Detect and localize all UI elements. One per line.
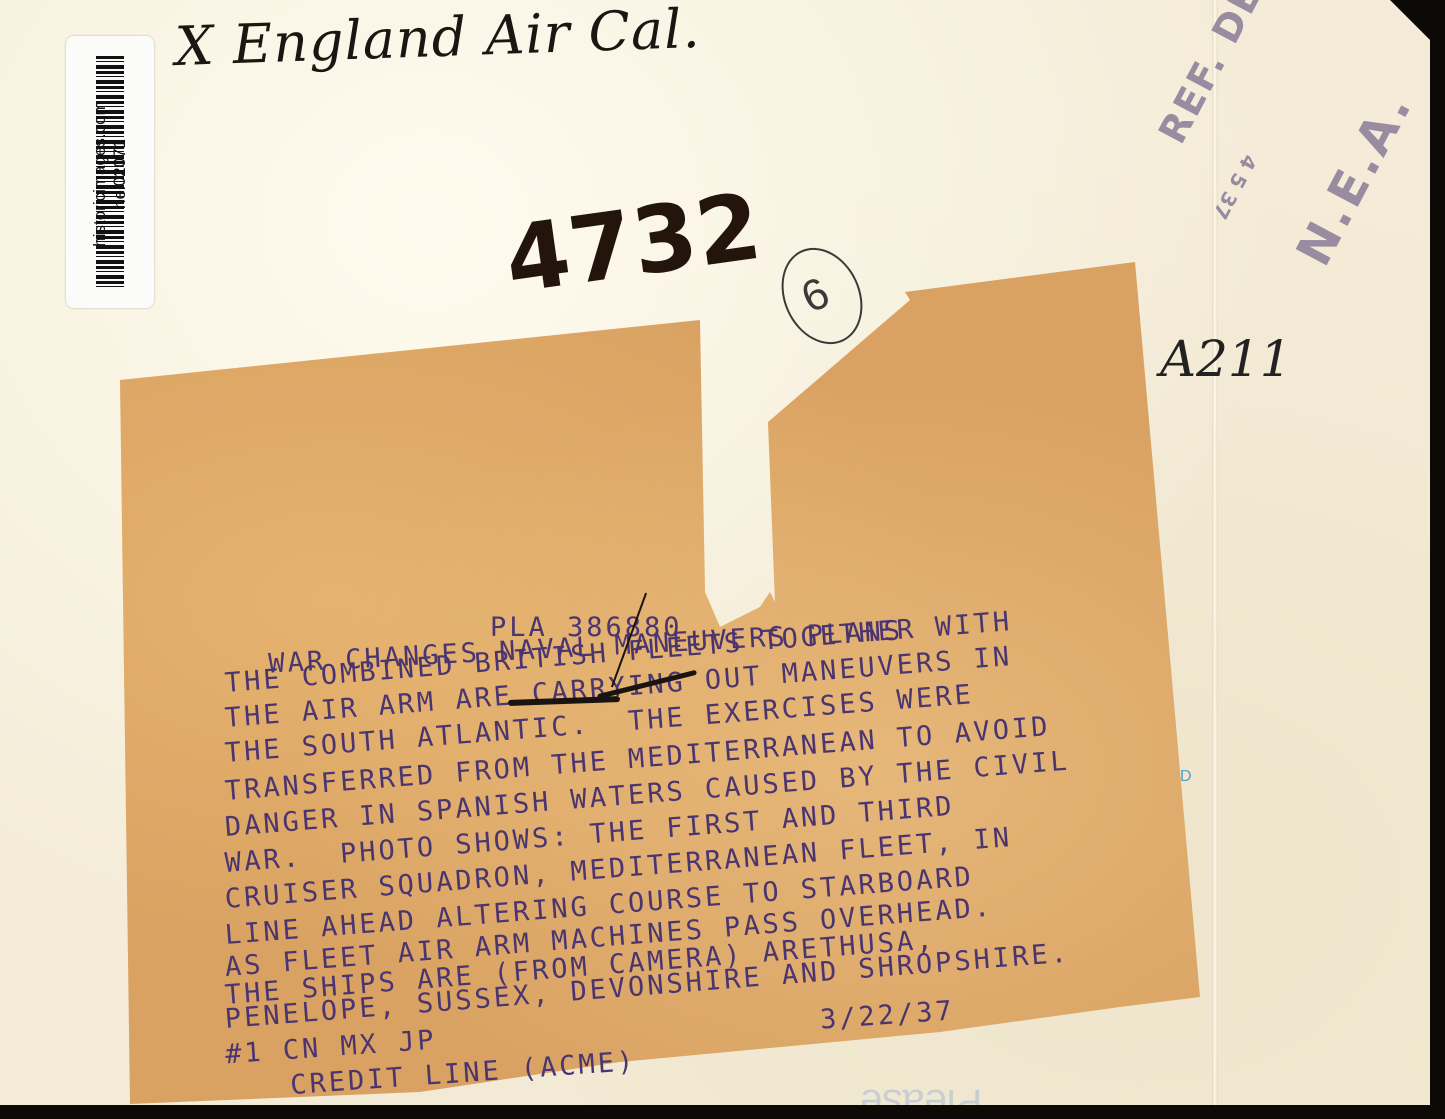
blue-mark: D [1180, 768, 1192, 786]
faded-stamp: Please [860, 1080, 982, 1119]
circled-mark-text: 6 [794, 268, 837, 324]
handwritten-side-code: A211 [1160, 330, 1292, 388]
stamp-agency: N.E.A. [1286, 81, 1425, 275]
archive-site: historicimages.com [90, 38, 110, 310]
circled-mark: 6 [766, 235, 877, 358]
archive-label: historicimages.com nei02071 [66, 36, 154, 308]
fold-line [1212, 0, 1218, 1105]
stamp-ref-dept: REF. DEPT [1150, 0, 1298, 151]
photo-back-paper: historicimages.com nei02071 X England Ai… [0, 0, 1430, 1105]
handwritten-top-note: X England Air Cal. [174, 0, 701, 78]
handwritten-number: 4732 [499, 173, 767, 315]
archive-item-id: nei02071 [110, 38, 130, 310]
archive-label-text: historicimages.com nei02071 [90, 38, 130, 310]
